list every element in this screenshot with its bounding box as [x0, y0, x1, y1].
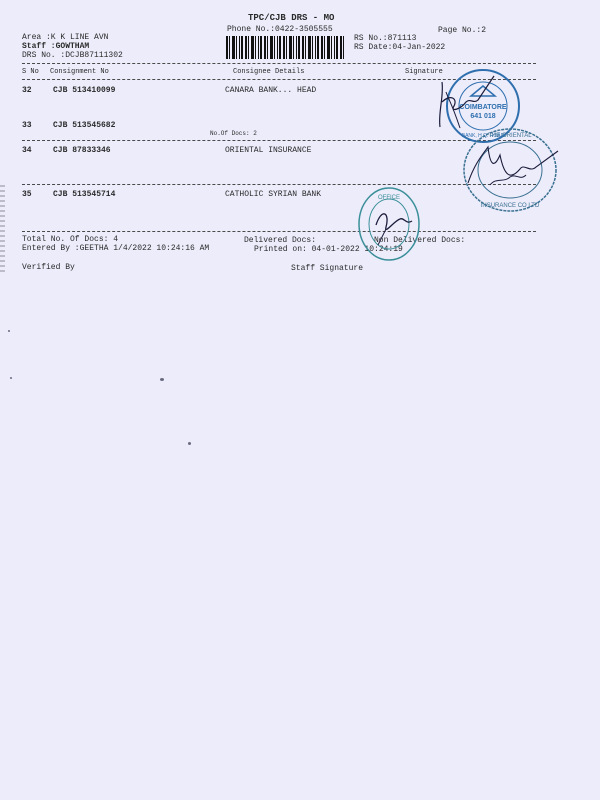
scan-speck	[188, 442, 191, 445]
row-sno: 34	[22, 146, 32, 155]
row-doc-count: No.Of Docs: 2	[210, 130, 257, 137]
scan-speck	[160, 378, 164, 381]
document-title: TPC/CJB DRS - MO	[248, 14, 334, 23]
column-header-consignee: Consignee Details	[233, 69, 304, 76]
svg-text:OFFICE: OFFICE	[378, 195, 400, 201]
column-header-sno: S No	[22, 69, 39, 76]
phone-number: Phone No.:0422-3505555	[227, 25, 333, 34]
rs-number: RS No.:871113	[354, 34, 416, 43]
row-consignment: CJB 513410099	[53, 86, 115, 95]
barcode	[226, 36, 344, 59]
row-consignment: CJB 87833346	[53, 146, 111, 155]
row-sno: 33	[22, 121, 32, 130]
row-sno: 35	[22, 190, 32, 199]
row-sno: 32	[22, 86, 32, 95]
insurance-stamp-icon: INSURANCE CO LTD THE ORIENTAL	[460, 125, 560, 215]
row-consignee: CATHOLIC SYRIAN BANK	[225, 190, 321, 199]
row-consignment: CJB 513545682	[53, 121, 115, 130]
row-consignment: CJB 513545714	[53, 190, 115, 199]
svg-text:INSURANCE CO LTD: INSURANCE CO LTD	[481, 203, 540, 209]
drs-number: DRS No. :DCJB87111302	[22, 51, 123, 60]
row-consignee: CANARA BANK... HEAD	[225, 86, 316, 95]
staff-label: Staff :GOWTHAM	[22, 42, 89, 51]
page-number: Page No.:2	[438, 26, 486, 35]
row-consignee: ORIENTAL INSURANCE	[225, 146, 311, 155]
divider	[22, 184, 536, 185]
divider	[22, 63, 536, 64]
scan-speck	[8, 330, 10, 332]
signature-icon	[430, 72, 500, 132]
svg-text:THE ORIENTAL: THE ORIENTAL	[488, 133, 532, 139]
total-docs: Total No. Of Docs: 4	[22, 235, 118, 244]
scan-speck	[10, 377, 12, 379]
scan-artifact	[0, 185, 5, 275]
rs-date: RS Date:04-Jan-2022	[354, 43, 445, 52]
column-header-consignment: Consignment No	[50, 69, 109, 76]
regional-office-stamp-icon: OFFICE	[356, 185, 422, 263]
area-label: Area :K K LINE AVN	[22, 33, 108, 42]
entered-by: Entered By :GEETHA 1/4/2022 10:24:16 AM	[22, 244, 209, 253]
divider	[22, 231, 536, 232]
delivered-docs: Delivered Docs:	[244, 236, 316, 245]
verified-by: Verified By	[22, 263, 75, 272]
staff-signature: Staff Signature	[291, 264, 363, 273]
